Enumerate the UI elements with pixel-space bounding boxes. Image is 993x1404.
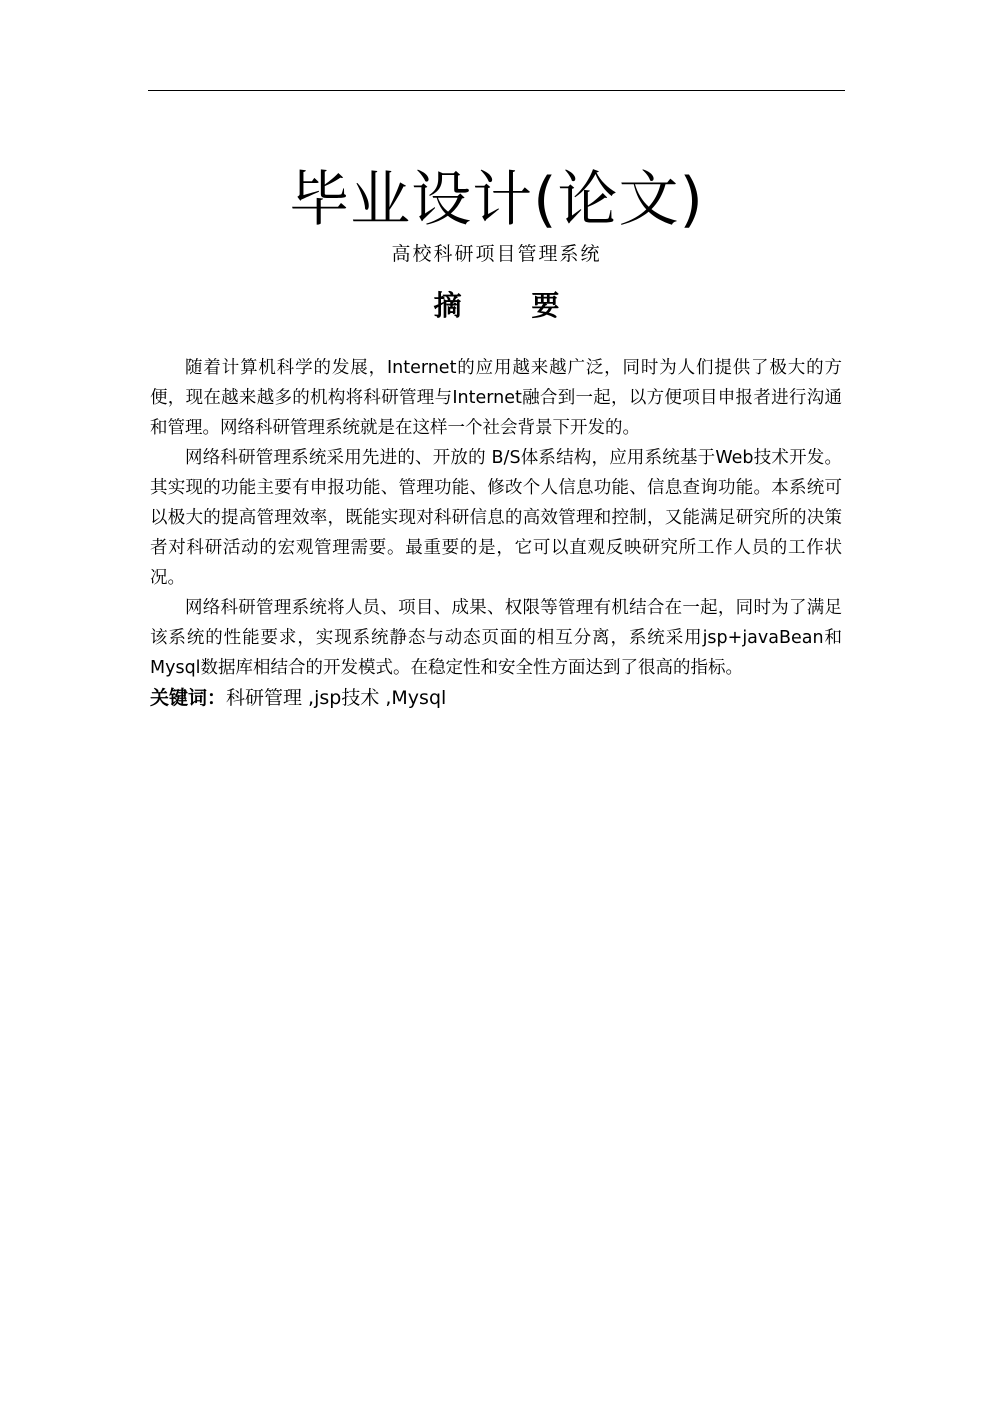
document-title: 毕业设计(论文) [0, 162, 993, 238]
abstract-paragraph-1: 随着计算机科学的发展，Internet的应用越来越广泛，同时为人们提供了极大的方… [150, 353, 842, 443]
document-subtitle: 高校科研项目管理系统 [0, 240, 993, 268]
abstract-body: 随着计算机科学的发展，Internet的应用越来越广泛，同时为人们提供了极大的方… [150, 353, 842, 713]
abstract-paragraph-2: 网络科研管理系统采用先进的、开放的 B/S体系结构，应用系统基于Web技术开发。… [150, 443, 842, 593]
keywords-line: 关键词：科研管理 ,jsp技术 ,Mysql [150, 683, 842, 713]
abstract-heading: 摘 要 [0, 286, 993, 326]
header-rule [148, 90, 845, 91]
keywords-label: 关键词： [150, 687, 226, 709]
keywords-values: 科研管理 ,jsp技术 ,Mysql [226, 687, 446, 709]
abstract-paragraph-3: 网络科研管理系统将人员、项目、成果、权限等管理有机结合在一起，同时为了满足该系统… [150, 593, 842, 683]
